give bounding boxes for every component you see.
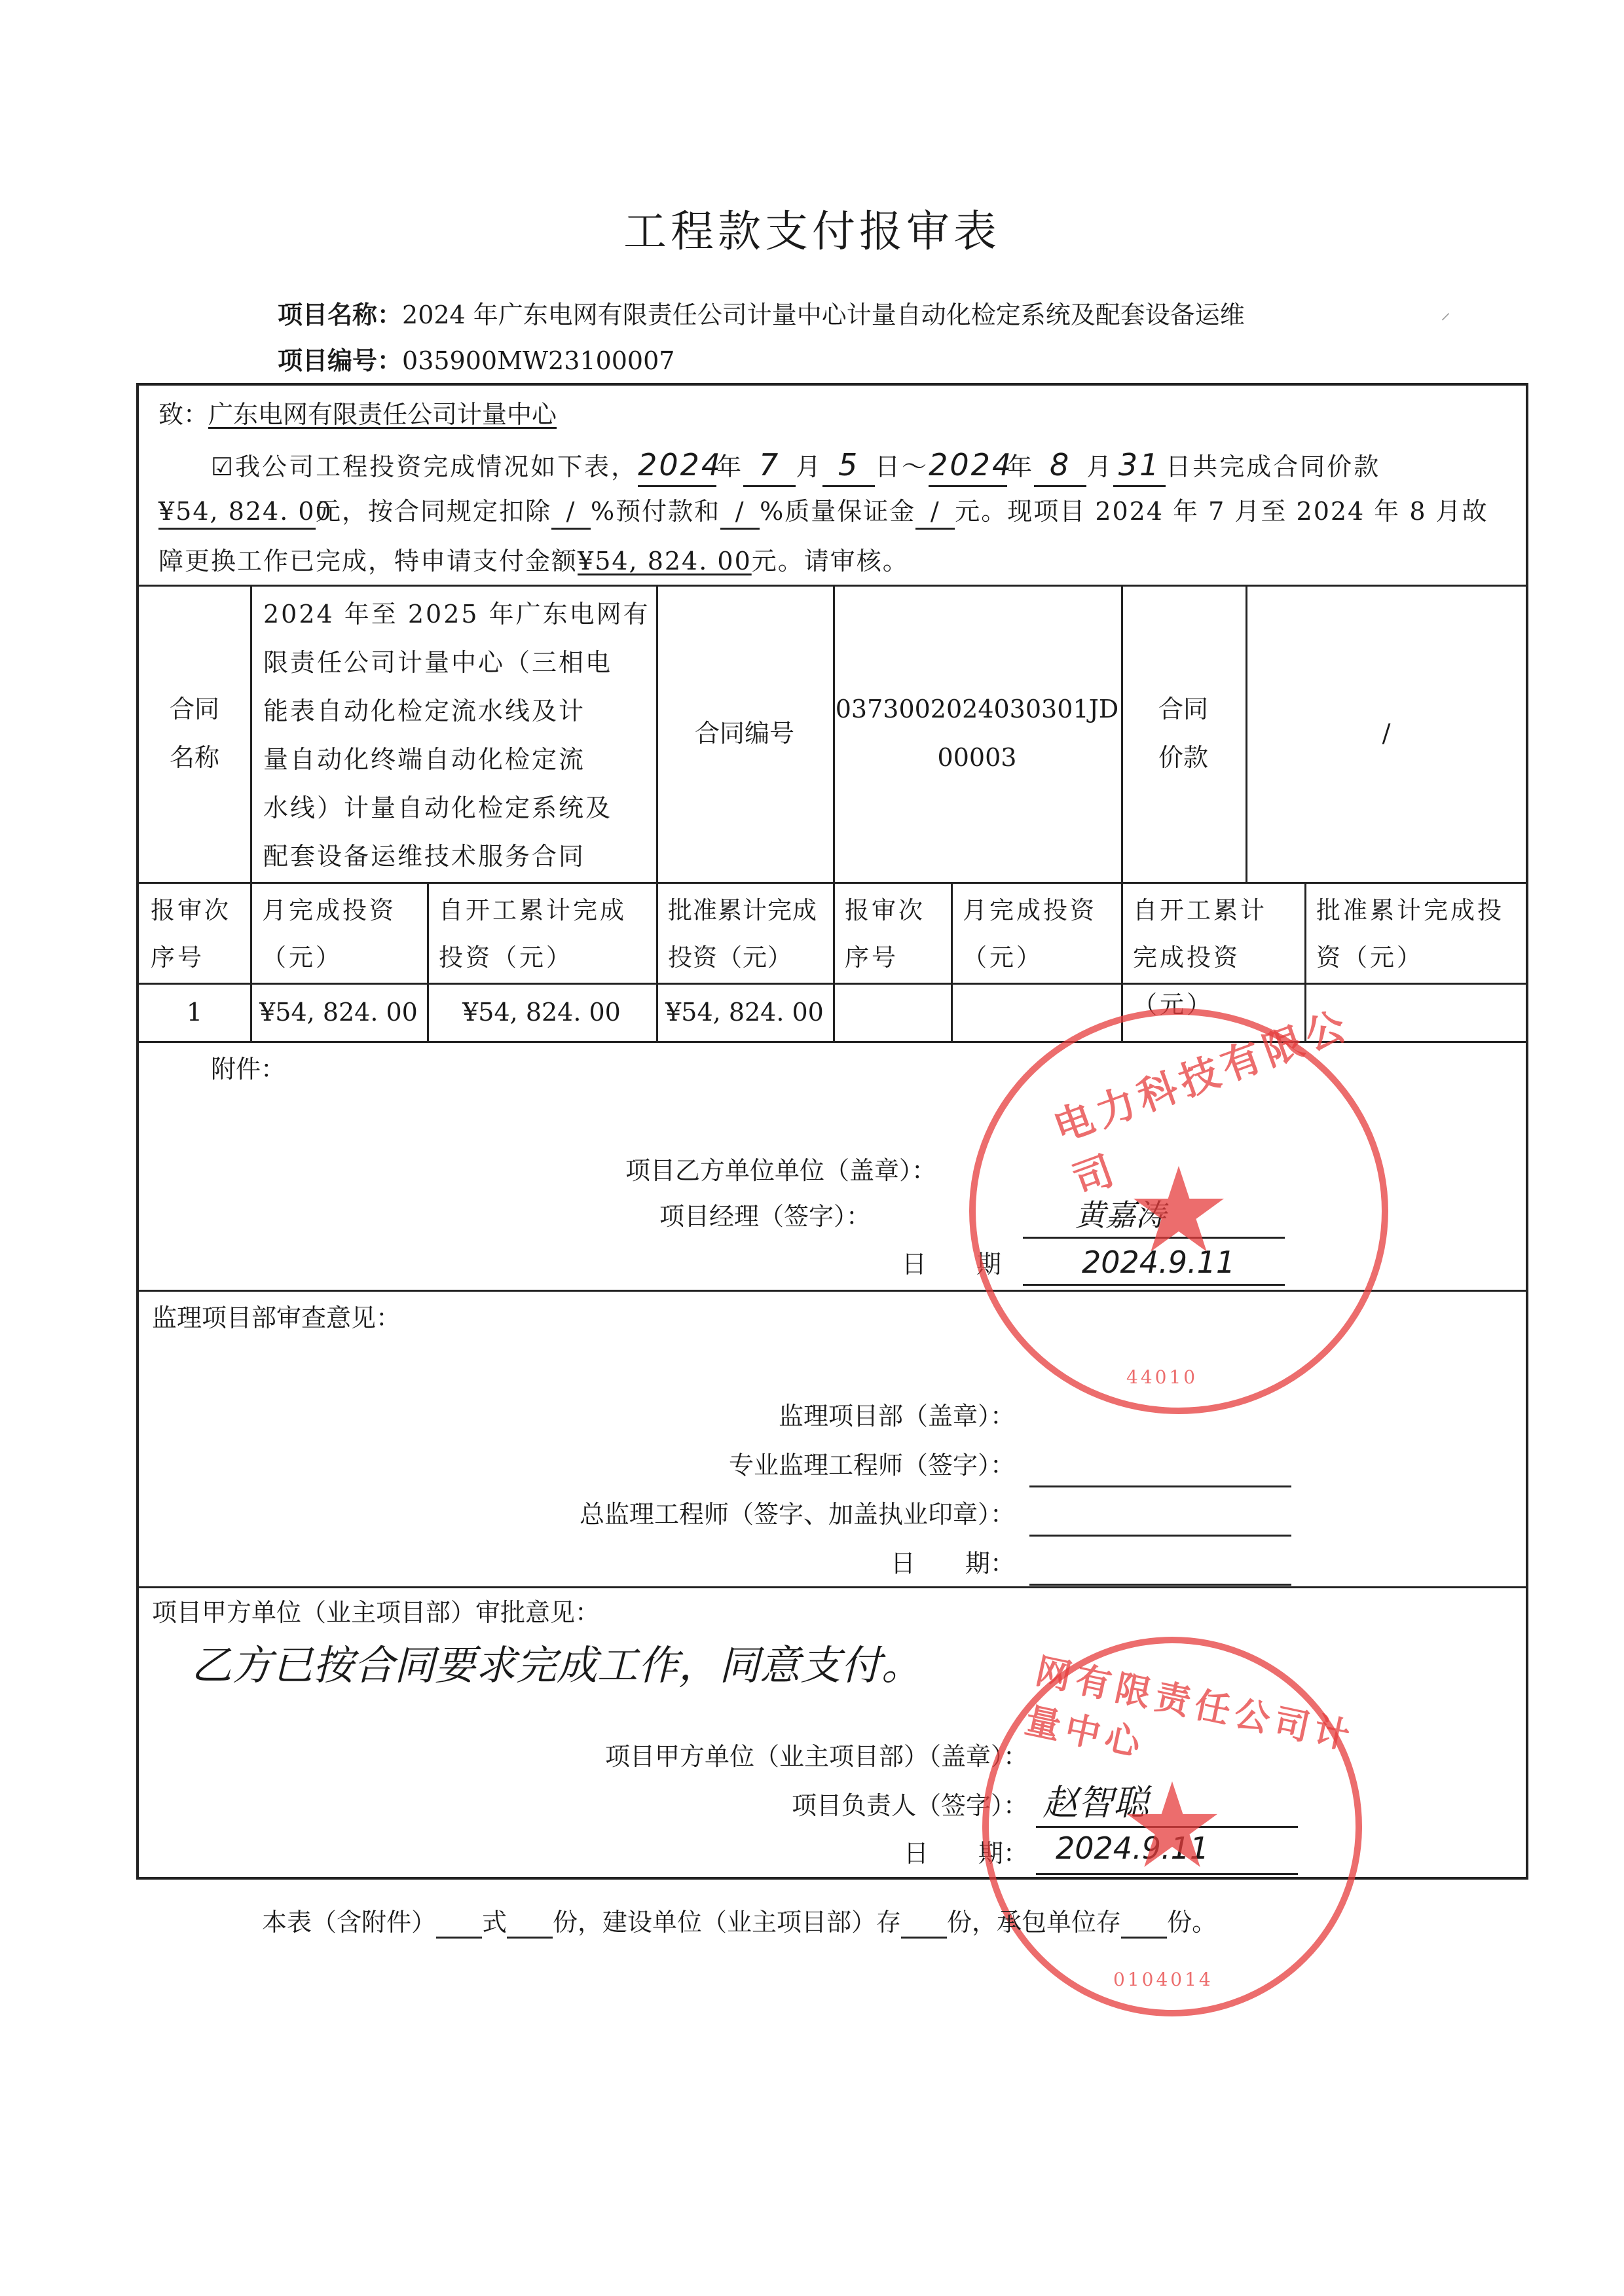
end-month: 8: [1034, 446, 1086, 487]
table-cell-month: ¥54, 824. 00: [250, 983, 427, 1041]
owner-company-seal: ★ 网有限责任公司计量中心 0104014: [982, 1637, 1362, 2016]
owner-seal-label: 项目甲方单位（业主项目部）（盖章）：: [605, 1741, 1028, 1773]
supervision-engineer-signature-line[interactable]: [1029, 1485, 1291, 1487]
intro-line-2: ¥54, 824. 00元，按合同规定扣除/%预付款和/%质量保证金/元。现项目…: [158, 496, 1488, 530]
prepay-deduction-pct: /: [551, 496, 591, 530]
quality-deposit-pct: /: [720, 496, 760, 530]
copies-owner-blank: [901, 1908, 947, 1939]
contract-name-value: 2024 年至 2025 年广东电网有 限责任公司计量中心（三相电 能表自动化检…: [257, 590, 656, 878]
contractor-company-seal: ★ 电力科技有限公司 44010: [969, 1008, 1388, 1414]
supervision-heading: 监理项目部审查意见：: [152, 1302, 401, 1334]
star-icon: ★: [1119, 1768, 1225, 1886]
intro-line-1: ☑我公司工程投资完成情况如下表，2024年7月5日～2024年8月31日共完成合…: [211, 446, 1380, 487]
col-header-month-1: 月完成投资（元）: [250, 882, 427, 983]
project-code-line: 项目编号：035900MW23100007: [278, 340, 674, 376]
form-title: 工程款支付报审表: [0, 196, 1624, 259]
start-day: 5: [822, 446, 875, 487]
requested-amount: ¥54, 824. 00: [578, 547, 752, 575]
col-header-seq-1: 报审次序号: [139, 882, 250, 983]
contractor-manager-label: 项目经理（签字）：: [659, 1201, 871, 1233]
contract-code-value: 0373002024030301JD 00003: [833, 585, 1121, 882]
copies-note: 本表（含附件） 式 份，建设单位（业主项目部）存 份，承包单位存 份。: [262, 1902, 1217, 1939]
scan-artifact: ⸝: [1441, 298, 1450, 325]
owner-heading: 项目甲方单位（业主项目部）审批意见：: [152, 1597, 600, 1629]
supervision-date-line[interactable]: [1029, 1584, 1291, 1586]
supervision-engineer-label: 专业监理工程师（签字）：: [729, 1449, 1015, 1482]
table-cell-approved: ¥54, 824. 00: [656, 983, 833, 1041]
col-header-cumulative-1: 自开工累计完成投资（元）: [427, 882, 656, 983]
attachment-label: 附件：: [211, 1053, 286, 1085]
col-header-month-2: 月完成投资（元）: [951, 882, 1121, 983]
project-name-label: 项目名称：: [278, 300, 402, 329]
supervision-chief-signature-line[interactable]: [1029, 1535, 1291, 1537]
supervision-seal-label: 监理项目部（盖章）：: [779, 1400, 1015, 1432]
deduction-amount: /: [915, 496, 955, 530]
contract-name-label: 合同 名称: [139, 585, 250, 882]
start-month: 7: [743, 446, 796, 487]
col-header-cumulative-2: 自开工累计完成投资（元）: [1121, 882, 1304, 983]
col-header-seq-2: 报审次序号: [833, 882, 951, 983]
contractor-seal-label: 项目乙方单位单位（盖章）：: [625, 1155, 936, 1187]
addressee-line: 致：广东电网有限责任公司计量中心: [158, 399, 557, 431]
project-code-label: 项目编号：: [278, 346, 402, 375]
col-header-approved-1: 批准累计完成投资（元）: [656, 882, 833, 983]
owner-comment: 乙方已按合同要求完成工作，同意支付。: [191, 1639, 922, 1692]
contract-price-label: 合同 价款: [1121, 585, 1246, 882]
table-cell-cumulative: ¥54, 824. 00: [427, 983, 656, 1041]
contract-code-label: 合同编号: [656, 585, 833, 882]
contract-price-value: /: [1246, 585, 1527, 882]
project-code-value: 035900MW23100007: [402, 346, 674, 375]
project-name-line: 项目名称：2024 年广东电网有限责任公司计量中心计量自动化检定系统及配套设备运…: [278, 295, 1245, 331]
addressee-label: 致：: [158, 400, 208, 429]
supervision-chief-label: 总监理工程师（签字、加盖执业印章）：: [580, 1499, 1015, 1531]
addressee-value: 广东电网有限责任公司计量中心: [208, 400, 557, 429]
completed-amount: ¥54, 824. 00: [158, 496, 316, 530]
start-year: 2024: [638, 446, 716, 487]
table-cell-seq: 1: [139, 983, 250, 1041]
end-day: 31: [1113, 446, 1166, 487]
end-year: 2024: [929, 446, 1007, 487]
checked-checkbox-icon: ☑: [211, 452, 235, 481]
supervision-date-label: 日 期：: [891, 1548, 1015, 1580]
copies-contractor-blank: [1121, 1908, 1167, 1939]
copies-format-blank: [436, 1908, 482, 1939]
project-name-value: 2024 年广东电网有限责任公司计量中心计量自动化检定系统及配套设备运维: [402, 301, 1245, 329]
copies-total-blank: [507, 1908, 553, 1939]
intro-line-3: 障更换工作已完成，特申请支付金额¥54, 824. 00元。请审核。: [158, 545, 909, 577]
col-header-approved-2: 批准累计完成投资（元）: [1304, 882, 1527, 983]
